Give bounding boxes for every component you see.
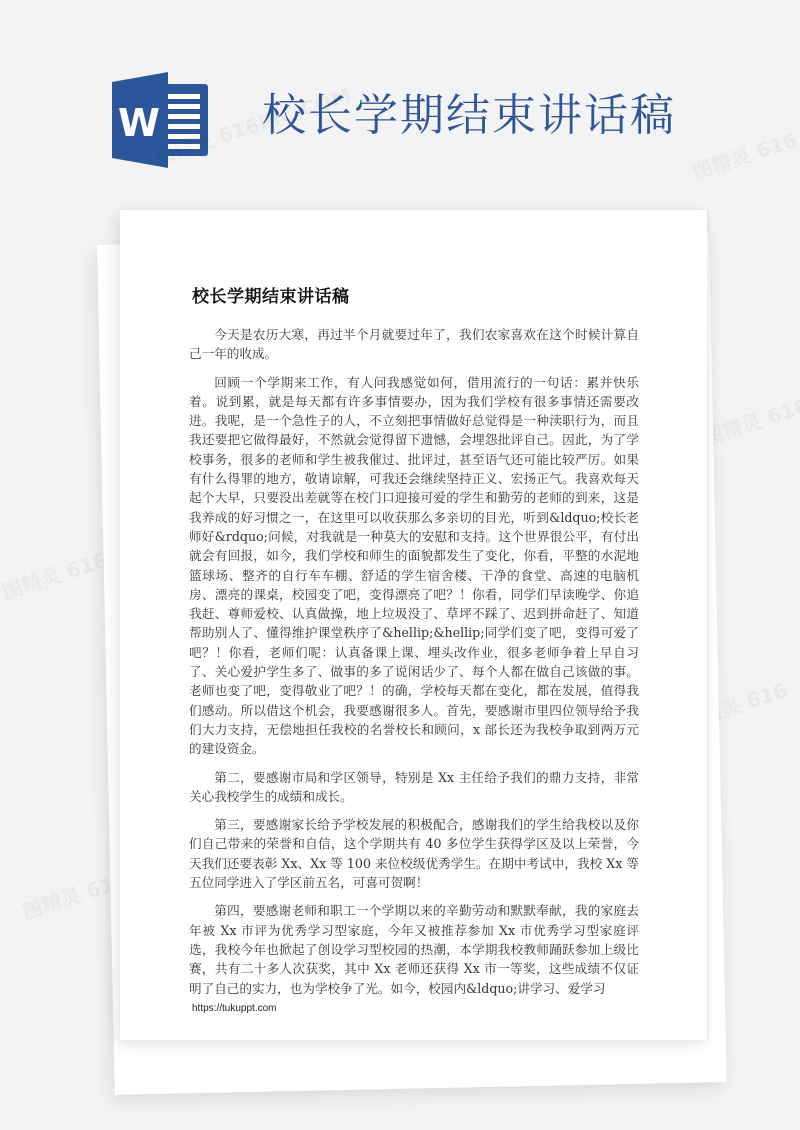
watermark: 图精灵 616PIC [699,378,800,451]
watermark: 图精灵 616 [0,544,111,605]
document-title: 校长学期结束讲话稿 [192,282,350,307]
paragraph: 第四，要感谢老师和职工一个学期以来的辛勤劳动和默默奉献，我的家庭去年被 Xx 市… [189,901,639,997]
document-body: 今天是农历大寒，再过半个月就要过年了，我们农家喜欢在这个时候计算自己一年的收成。… [189,325,639,1007]
document-page: 校长学期结束讲话稿 今天是农历大寒，再过半个月就要过年了，我们农家喜欢在这个时候… [120,210,707,1040]
footer-url: https://tukuppt.com [192,1003,277,1014]
paragraph: 第三，要感谢家长给予学校发展的积极配合，感谢我们的学生给我校以及你们自己带来的荣… [189,815,639,892]
word-icon-letter: W [118,101,160,145]
paragraph: 第二，要感谢市局和学区领导，特别是 Xx 主任给予我们的鼎力支持，非常关心我校学… [189,768,639,807]
paragraph: 今天是农历大寒，再过半个月就要过年了，我们农家喜欢在这个时候计算自己一年的收成。 [189,325,639,364]
word-document-icon: W [112,72,212,168]
banner-header: W 校长学期结束讲话稿 [0,0,800,200]
paragraph: 回顾一个学期来工作，有人问我感觉如何，借用流行的一句话：累并快乐着。说到累，就是… [189,373,639,759]
banner-title: 校长学期结束讲话稿 [262,86,676,146]
